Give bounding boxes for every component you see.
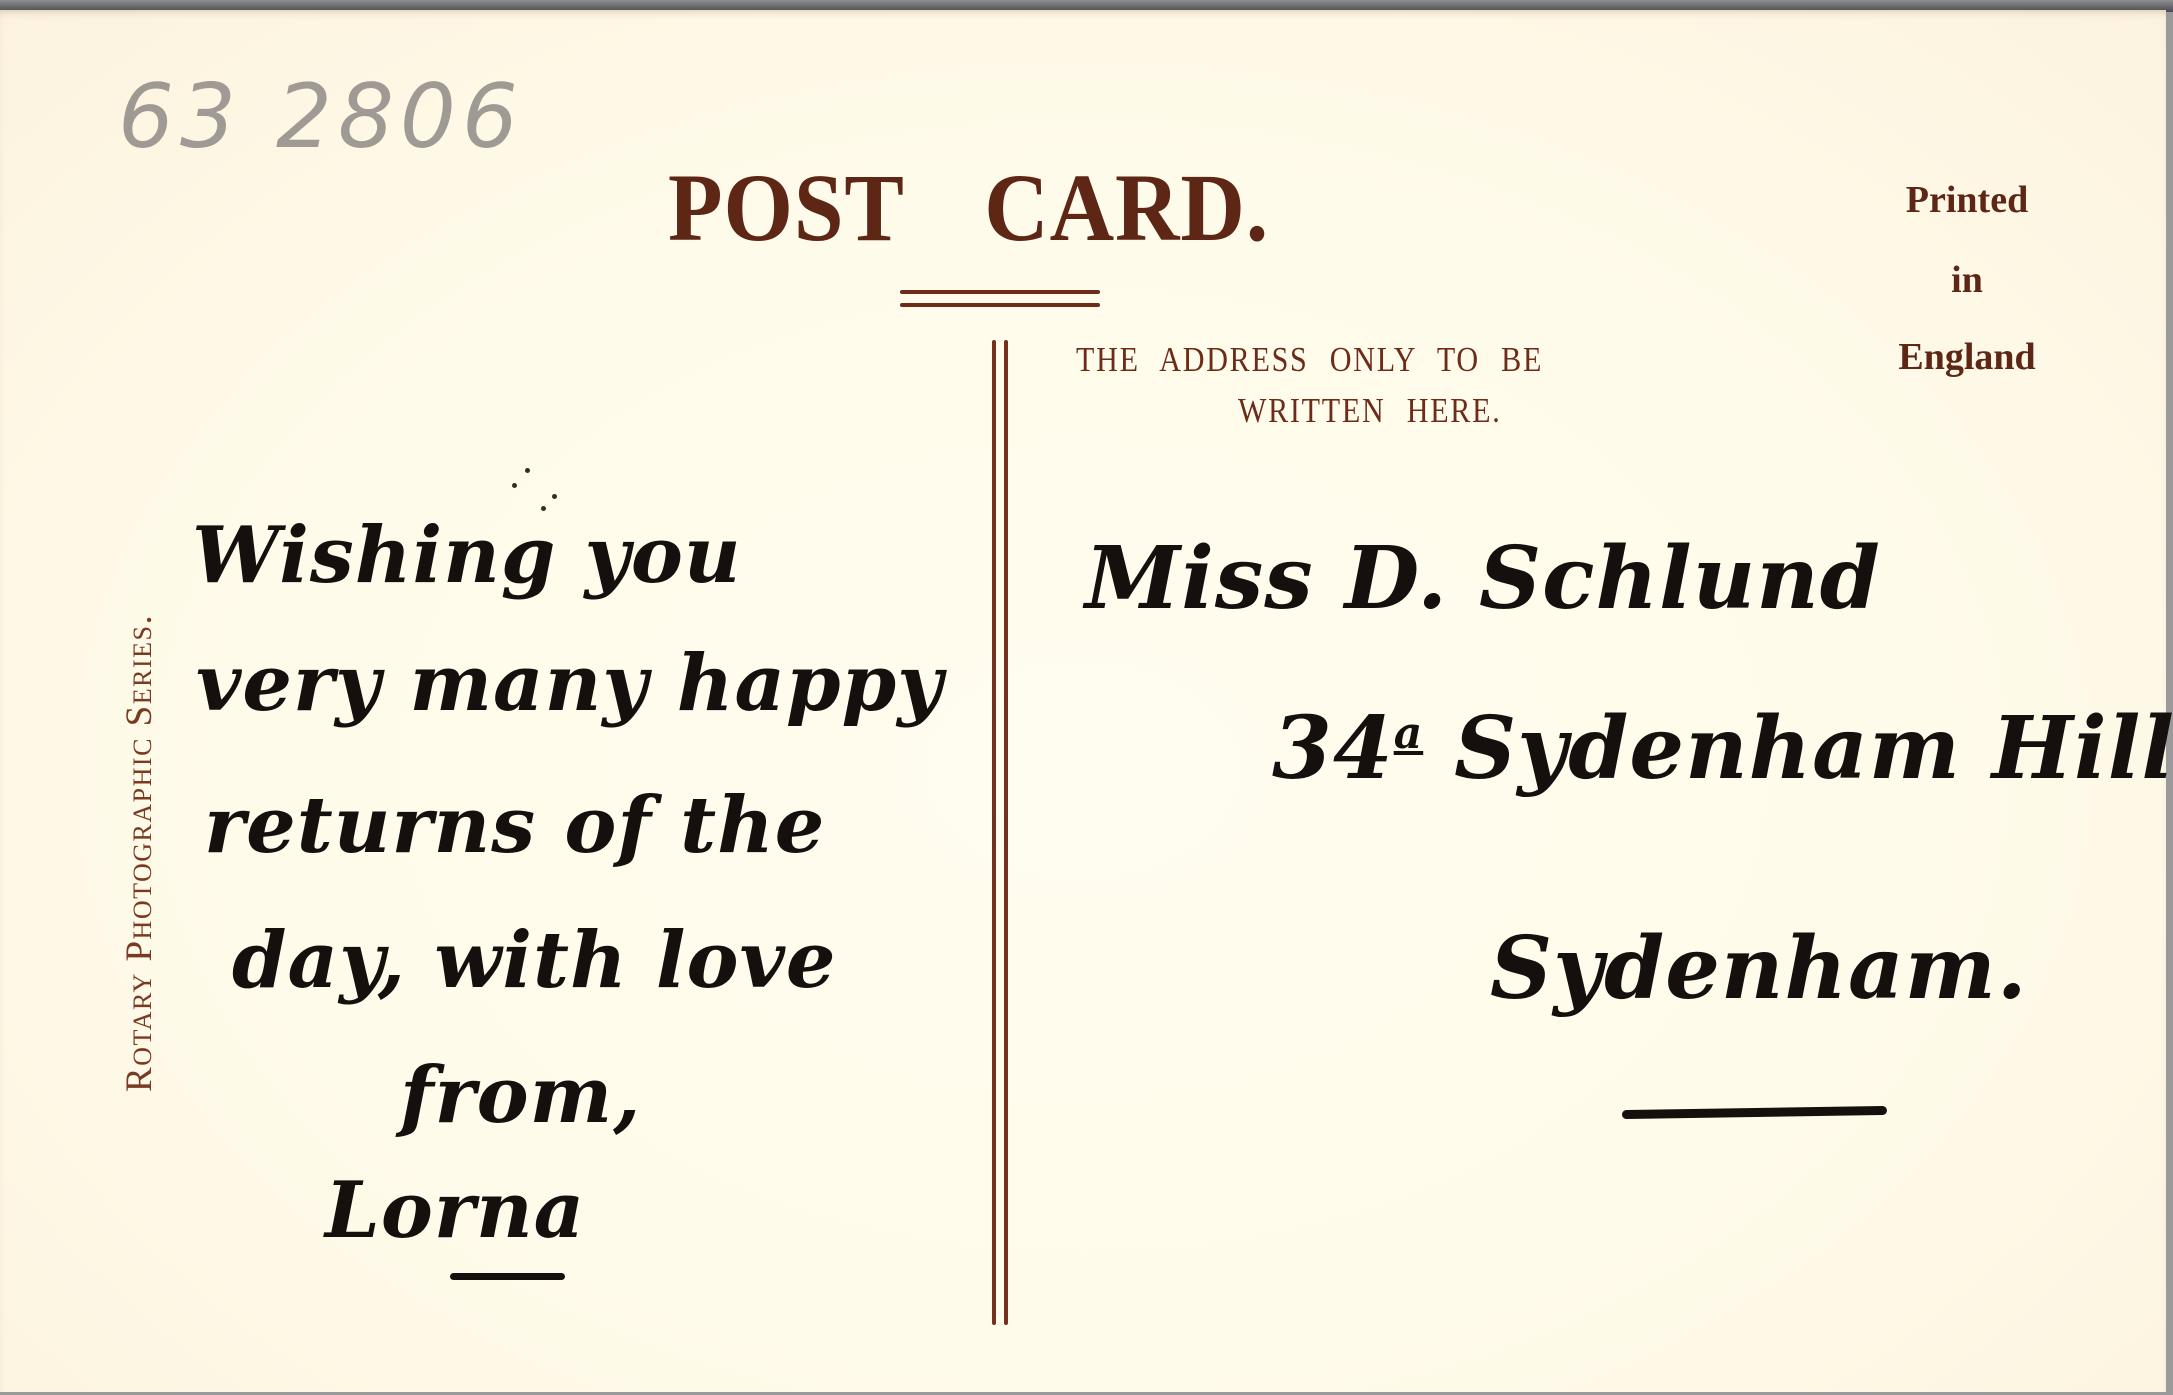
message-line: from, [400, 1050, 641, 1141]
street-number: 34 [1272, 698, 1394, 799]
recipient-street-line: 34a Sydenham Hill [1272, 698, 2173, 799]
ink-speck [512, 483, 517, 488]
signature-underline [450, 1273, 565, 1280]
publisher-series-label: Rotary Photographic Series. [118, 614, 161, 1092]
street-number-suffix: a [1394, 708, 1424, 759]
message-line: Wishing you [192, 510, 742, 601]
postcard-back: 63 2806 POST CARD. THE ADDRESS ONLY TO B… [0, 10, 2166, 1392]
title-rule-bottom [900, 303, 1100, 307]
printed-in-line3: England [1857, 335, 2077, 379]
recipient-town: Sydenham. [1490, 918, 2028, 1019]
printed-in-line1: Printed [1857, 178, 2077, 222]
message-line: day, with love [232, 915, 837, 1006]
title-rule-top [900, 290, 1100, 294]
address-instruction-line2: WRITTEN HERE. [1238, 391, 1501, 431]
street-name: Sydenham Hill [1454, 698, 2173, 799]
ink-speck [552, 494, 557, 499]
postcard-title: POST CARD. [668, 152, 1269, 263]
town-underline [1622, 1106, 1887, 1119]
message-line: returns of the [204, 780, 825, 871]
ink-speck [525, 468, 530, 473]
signature: Lorna [325, 1165, 585, 1256]
address-instruction-line1: THE ADDRESS ONLY TO BE [1076, 340, 1543, 380]
message-line: very many happy [196, 638, 943, 729]
printed-in-line2: in [1857, 258, 2077, 302]
recipient-name: Miss D. Schlund [1085, 528, 1881, 629]
pencil-inventory-note: 63 2806 [118, 65, 524, 168]
divider-line-left [992, 340, 996, 1325]
divider-line-right [1004, 340, 1008, 1325]
